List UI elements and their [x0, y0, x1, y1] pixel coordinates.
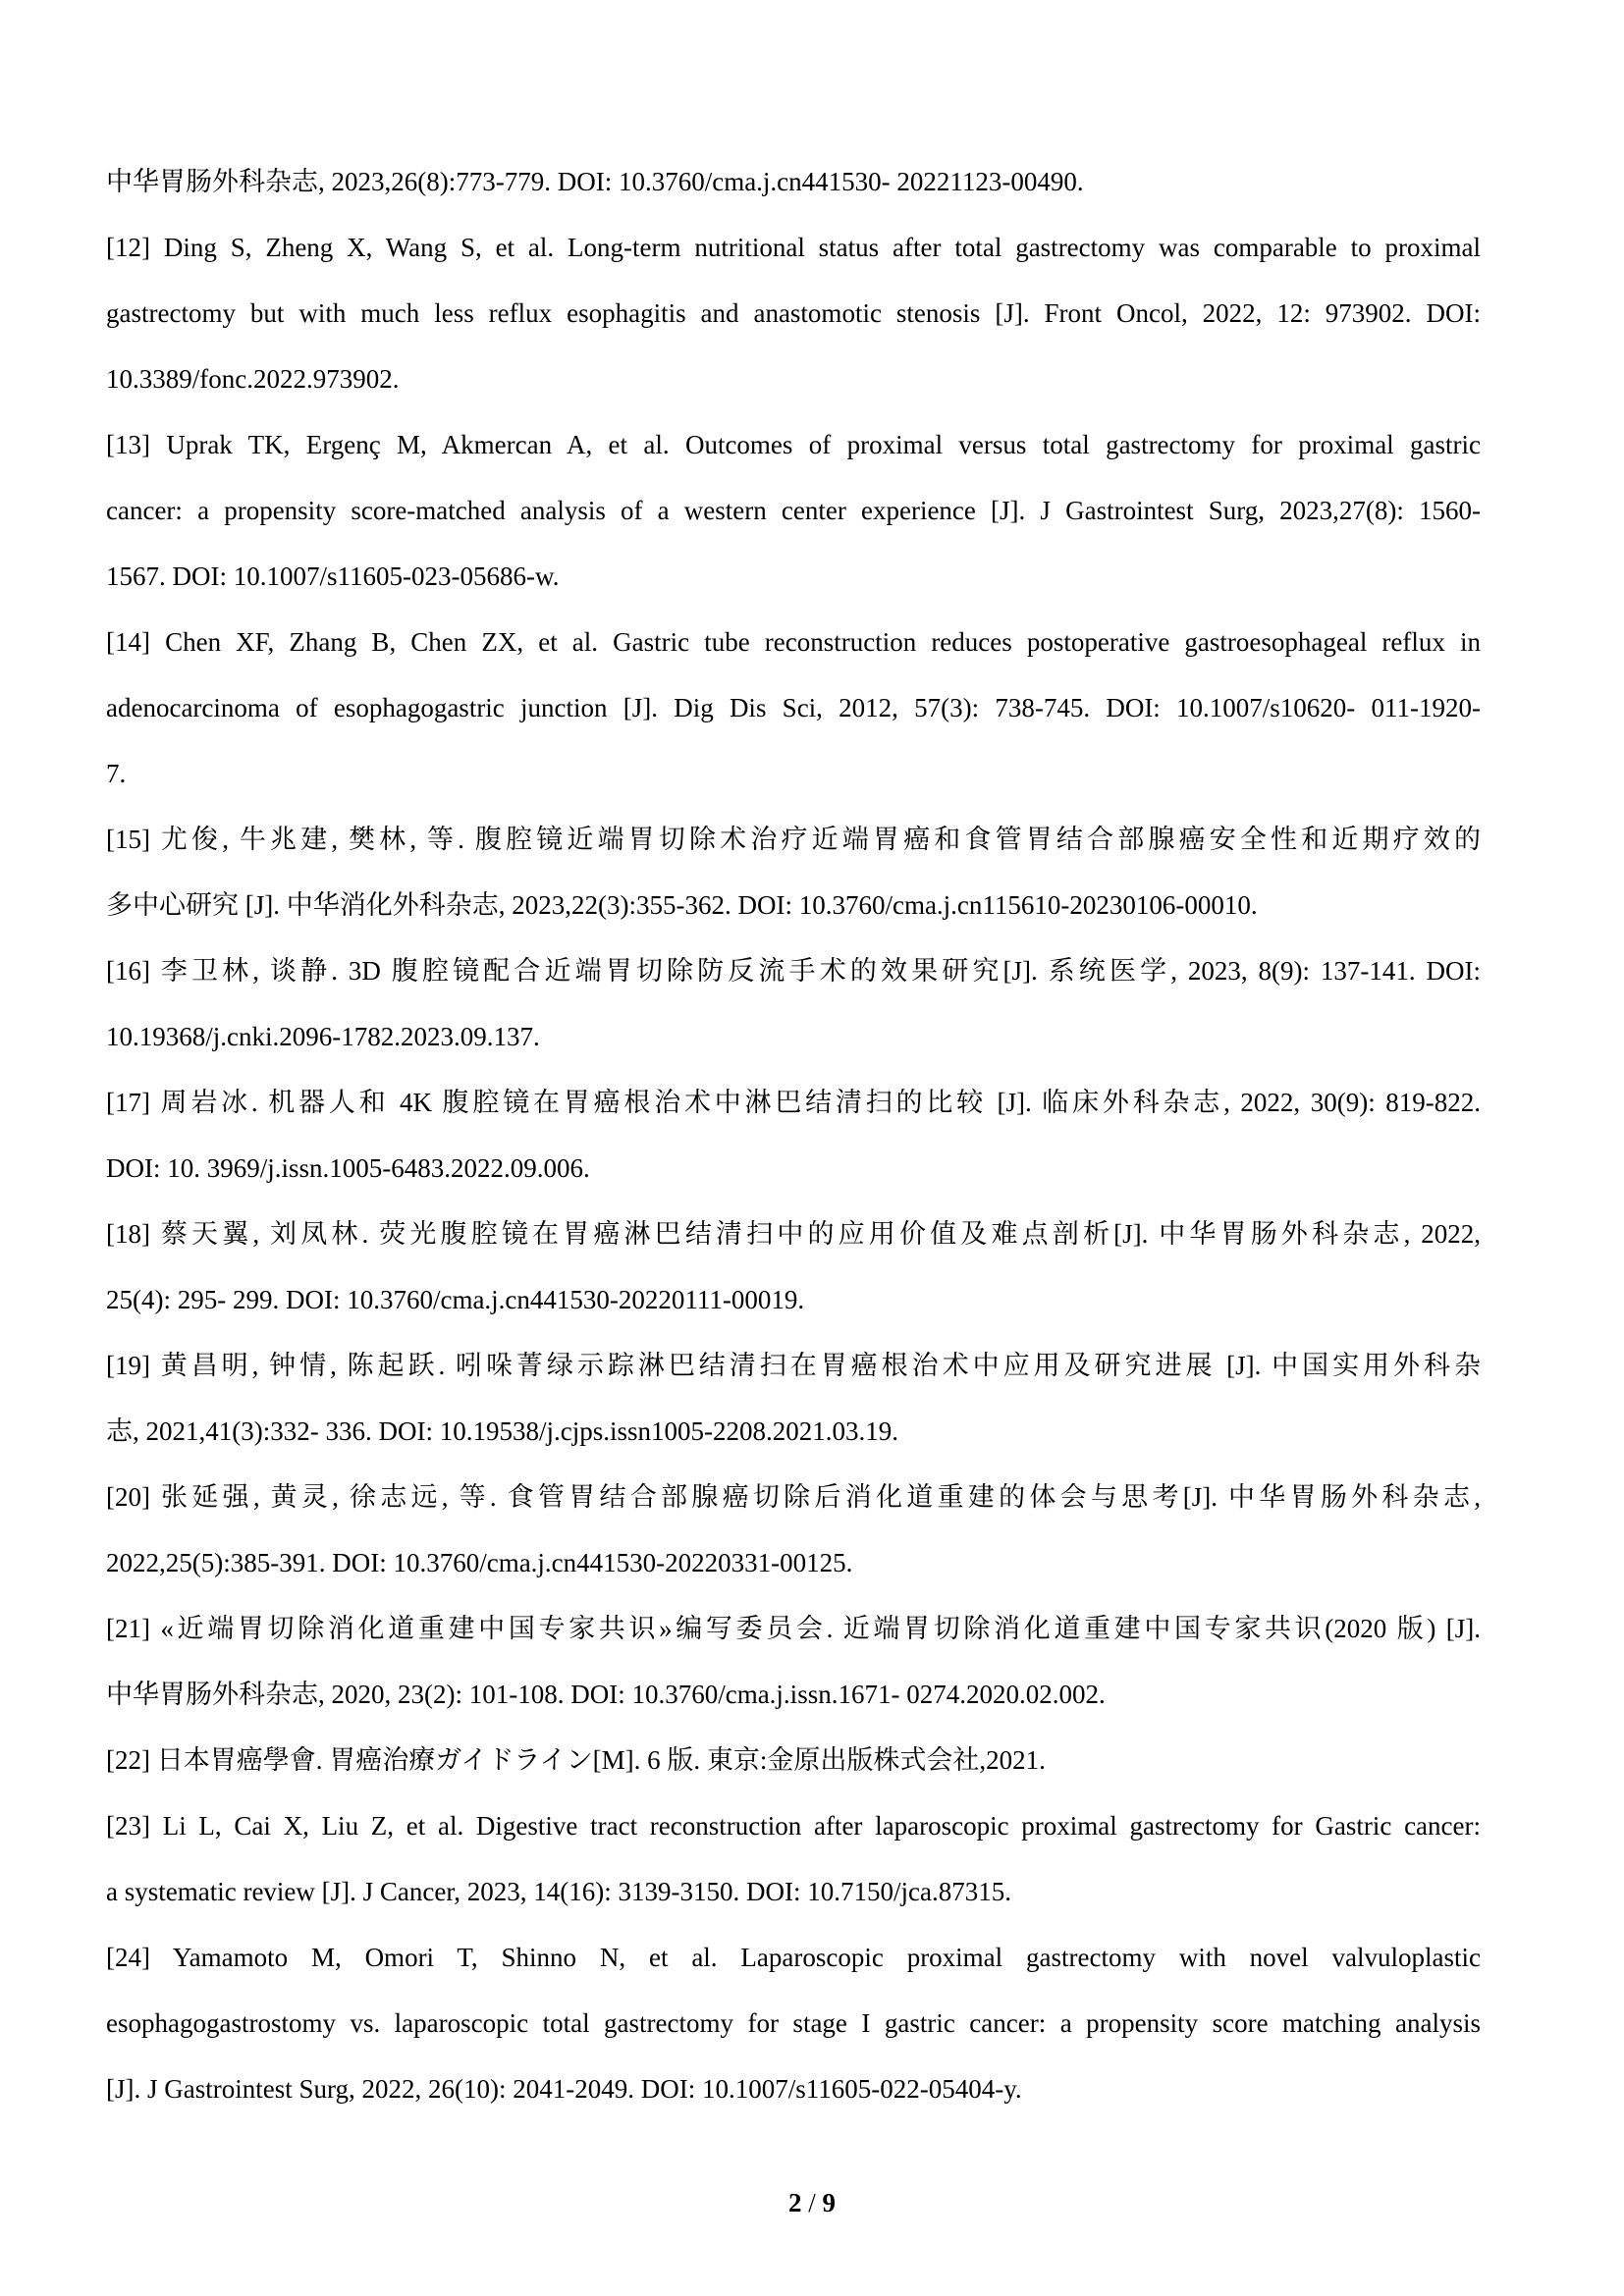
reference-line: 多中心研究 [J]. 中华消化外科杂志, 2023,22(3):355-362.… — [106, 873, 1481, 938]
reference-line: [J]. J Gastrointest Surg, 2022, 26(10): … — [106, 2056, 1481, 2122]
reference-line: [16] 李卫林, 谈静. 3D 腹腔镜配合近端胃切除防反流手术的效果研究[J]… — [106, 938, 1481, 1004]
reference-line: [18] 蔡天翼, 刘凤林. 荧光腹腔镜在胃癌淋巴结清扫中的应用价值及难点剖析[… — [106, 1201, 1481, 1267]
reference-paragraph: [13] Uprak TK, Ergenç M, Akmercan A, et … — [106, 412, 1481, 610]
reference-paragraph: [14] Chen XF, Zhang B, Chen ZX, et al. G… — [106, 610, 1481, 807]
page-number-current: 2 — [788, 2188, 802, 2217]
reference-line: [24] Yamamoto M, Omori T, Shinno N, et a… — [106, 1925, 1481, 1991]
reference-line: 志, 2021,41(3):332- 336. DOI: 10.19538/j.… — [106, 1399, 1481, 1465]
reference-line: [19] 黄昌明, 钟情, 陈起跃. 吲哚菁绿示踪淋巴结清扫在胃癌根治术中应用及… — [106, 1333, 1481, 1399]
reference-line: [17] 周岩冰. 机器人和 4K 腹腔镜在胃癌根治术中淋巴结清扫的比较 [J]… — [106, 1070, 1481, 1136]
reference-line: 中华胃肠外科杂志, 2020, 23(2): 101-108. DOI: 10.… — [106, 1662, 1481, 1728]
reference-paragraph: [15] 尤俊, 牛兆建, 樊林, 等. 腹腔镜近端胃切除术治疗近端胃癌和食管胃… — [106, 807, 1481, 938]
reference-line: esophagogastrostomy vs. laparoscopic tot… — [106, 1991, 1481, 2056]
reference-line: [22] 日本胃癌學會. 胃癌治療ガイドライン[M]. 6 版. 東京:金原出版… — [106, 1728, 1481, 1793]
reference-paragraph: 中华胃肠外科杂志, 2023,26(8):773-779. DOI: 10.37… — [106, 149, 1481, 215]
reference-line: 10.19368/j.cnki.2096-1782.2023.09.137. — [106, 1004, 1481, 1070]
reference-line: a systematic review [J]. J Cancer, 2023,… — [106, 1859, 1481, 1925]
reference-paragraph: [17] 周岩冰. 机器人和 4K 腹腔镜在胃癌根治术中淋巴结清扫的比较 [J]… — [106, 1070, 1481, 1201]
reference-line: 2022,25(5):385-391. DOI: 10.3760/cma.j.c… — [106, 1530, 1481, 1596]
reference-line: [12] Ding S, Zheng X, Wang S, et al. Lon… — [106, 215, 1481, 281]
reference-line: cancer: a propensity score-matched analy… — [106, 478, 1481, 544]
reference-paragraph: [22] 日本胃癌學會. 胃癌治療ガイドライン[M]. 6 版. 東京:金原出版… — [106, 1728, 1481, 1793]
reference-paragraph: [20] 张延强, 黄灵, 徐志远, 等. 食管胃结合部腺癌切除后消化道重建的体… — [106, 1465, 1481, 1596]
reference-line: 25(4): 295- 299. DOI: 10.3760/cma.j.cn44… — [106, 1267, 1481, 1333]
reference-line: [21] «近端胃切除消化道重建中国专家共识»编写委员会. 近端胃切除消化道重建… — [106, 1596, 1481, 1662]
references-list: 中华胃肠外科杂志, 2023,26(8):773-779. DOI: 10.37… — [106, 149, 1481, 2122]
reference-line: [20] 张延强, 黄灵, 徐志远, 等. 食管胃结合部腺癌切除后消化道重建的体… — [106, 1465, 1481, 1530]
reference-line: adenocarcinoma of esophagogastric juncti… — [106, 675, 1481, 741]
reference-line: 7. — [106, 741, 1481, 807]
reference-line: [14] Chen XF, Zhang B, Chen ZX, et al. G… — [106, 610, 1481, 675]
reference-paragraph: [12] Ding S, Zheng X, Wang S, et al. Lon… — [106, 215, 1481, 412]
reference-line: 10.3389/fonc.2022.973902. — [106, 347, 1481, 412]
reference-line: [23] Li L, Cai X, Liu Z, et al. Digestiv… — [106, 1793, 1481, 1859]
reference-paragraph: [16] 李卫林, 谈静. 3D 腹腔镜配合近端胃切除防反流手术的效果研究[J]… — [106, 938, 1481, 1070]
document-page: 中华胃肠外科杂志, 2023,26(8):773-779. DOI: 10.37… — [0, 0, 1624, 2296]
reference-line: [15] 尤俊, 牛兆建, 樊林, 等. 腹腔镜近端胃切除术治疗近端胃癌和食管胃… — [106, 807, 1481, 873]
reference-line: [13] Uprak TK, Ergenç M, Akmercan A, et … — [106, 412, 1481, 478]
reference-paragraph: [24] Yamamoto M, Omori T, Shinno N, et a… — [106, 1925, 1481, 2122]
reference-line: DOI: 10. 3969/j.issn.1005-6483.2022.09.0… — [106, 1136, 1481, 1201]
page-footer: 2 / 9 — [0, 2185, 1624, 2220]
page-number-separator: / — [801, 2188, 822, 2217]
reference-line: 1567. DOI: 10.1007/s11605-023-05686-w. — [106, 544, 1481, 610]
reference-paragraph: [19] 黄昌明, 钟情, 陈起跃. 吲哚菁绿示踪淋巴结清扫在胃癌根治术中应用及… — [106, 1333, 1481, 1465]
reference-paragraph: [21] «近端胃切除消化道重建中国专家共识»编写委员会. 近端胃切除消化道重建… — [106, 1596, 1481, 1728]
reference-line: gastrectomy but with much less reflux es… — [106, 281, 1481, 347]
reference-line: 中华胃肠外科杂志, 2023,26(8):773-779. DOI: 10.37… — [106, 149, 1481, 215]
page-number-total: 9 — [823, 2188, 837, 2217]
reference-paragraph: [23] Li L, Cai X, Liu Z, et al. Digestiv… — [106, 1793, 1481, 1925]
reference-paragraph: [18] 蔡天翼, 刘凤林. 荧光腹腔镜在胃癌淋巴结清扫中的应用价值及难点剖析[… — [106, 1201, 1481, 1333]
